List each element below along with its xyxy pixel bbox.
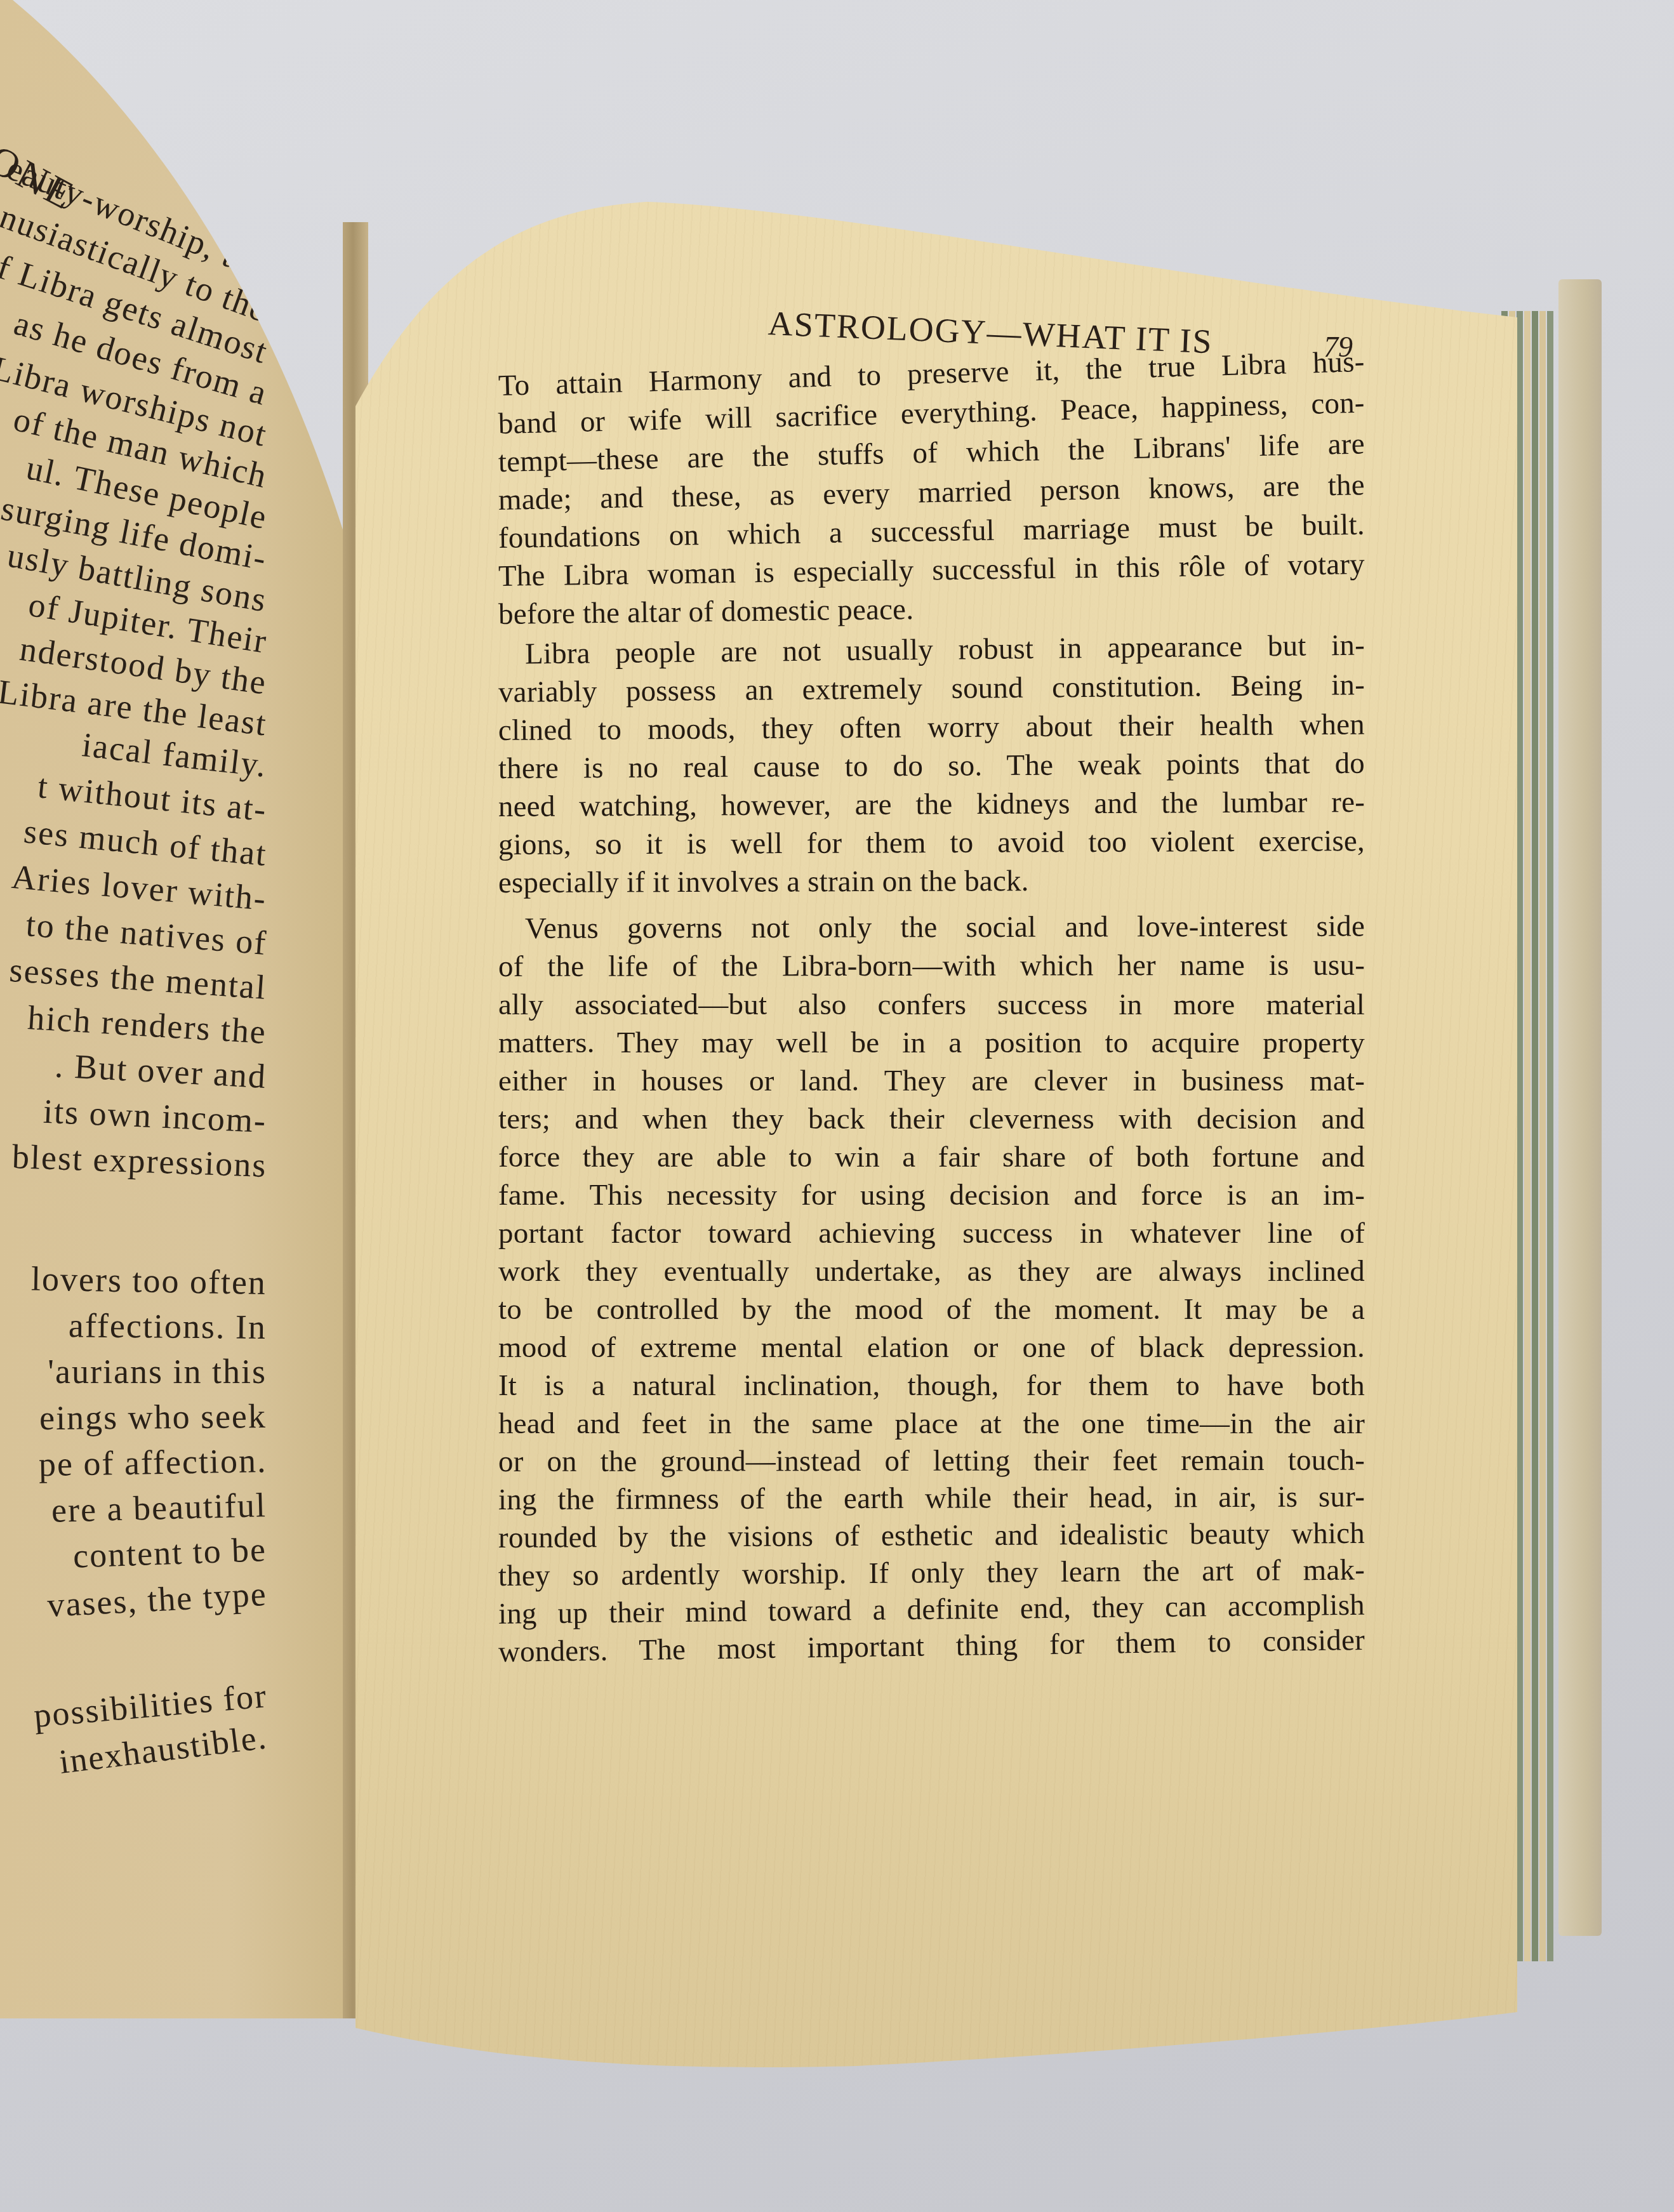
text-line: matters. They may well be in a position … bbox=[498, 1028, 1365, 1058]
text-line: force they are able to win a fair share … bbox=[498, 1142, 1365, 1172]
left-page: YONE eauty-worship, the nusiastically to… bbox=[0, 0, 381, 2018]
book-photo: YONE eauty-worship, the nusiastically to… bbox=[0, 0, 1674, 2212]
text-line: either in houses or land. They are cleve… bbox=[498, 1066, 1365, 1096]
text-line: they so ardently worship. If only they l… bbox=[498, 1555, 1365, 1591]
left-line: 'aurians in this bbox=[48, 1352, 267, 1391]
left-line: hich renders the bbox=[27, 998, 268, 1052]
text-line: ally associated—but also confers success… bbox=[498, 990, 1365, 1020]
text-line: mood of extreme mental elation or one of… bbox=[498, 1333, 1365, 1363]
text-line: Venus governs not only the social and lo… bbox=[498, 911, 1365, 944]
text-line: ters; and when they back their clevernes… bbox=[498, 1104, 1365, 1134]
page-edge-stripe bbox=[1532, 311, 1538, 1961]
left-line: content to be bbox=[72, 1530, 267, 1576]
left-line: blest expressions bbox=[11, 1137, 267, 1185]
text-line: rounded by the visions of esthetic and i… bbox=[498, 1519, 1365, 1553]
left-line: . But over and bbox=[54, 1046, 268, 1096]
text-line: of the life of the Libra-born—with which… bbox=[498, 951, 1365, 982]
page-edge-stripe bbox=[1517, 311, 1523, 1961]
page-edge-stripe bbox=[1539, 311, 1546, 1961]
text-line: clined to moods, they often worry about … bbox=[498, 710, 1365, 746]
left-line: eings who seek bbox=[39, 1396, 267, 1438]
text-line: to be controlled by the mood of the mome… bbox=[498, 1295, 1365, 1325]
left-line: lovers too often bbox=[31, 1259, 267, 1302]
left-line: affections. In bbox=[69, 1306, 267, 1347]
text-line: especially if it involves a strain on th… bbox=[498, 866, 1133, 898]
text-line: head and feet in the same place at the o… bbox=[498, 1409, 1365, 1439]
text-line: work they eventually undertake, as they … bbox=[498, 1257, 1365, 1287]
page-edge-stripe bbox=[1547, 311, 1553, 1961]
left-line: pe of affection. bbox=[38, 1441, 267, 1484]
text-line: or on the ground—instead of letting thei… bbox=[498, 1446, 1365, 1477]
text-line: fame. This necessity for using decision … bbox=[498, 1181, 1365, 1210]
page-edge-stripe bbox=[1524, 311, 1531, 1961]
text-line: It is a natural inclination, though, for… bbox=[498, 1371, 1365, 1401]
left-line: its own incom- bbox=[43, 1092, 267, 1141]
text-line: need watching, however, are the kidneys … bbox=[498, 788, 1365, 822]
text-line: before the altar of domestic peace. bbox=[498, 593, 1007, 630]
text-line: portant factor toward achieving success … bbox=[498, 1219, 1365, 1248]
left-line: vases, the type bbox=[46, 1574, 267, 1625]
left-line: ere a beautiful bbox=[51, 1485, 267, 1530]
text-line: variably possess an extremely sound cons… bbox=[498, 670, 1365, 708]
text-line: gions, so it is well for them to avoid t… bbox=[498, 826, 1365, 860]
text-line: there is no real cause to do so. The wea… bbox=[498, 749, 1365, 784]
text-line: ing the firmness of the earth while thei… bbox=[498, 1482, 1365, 1515]
